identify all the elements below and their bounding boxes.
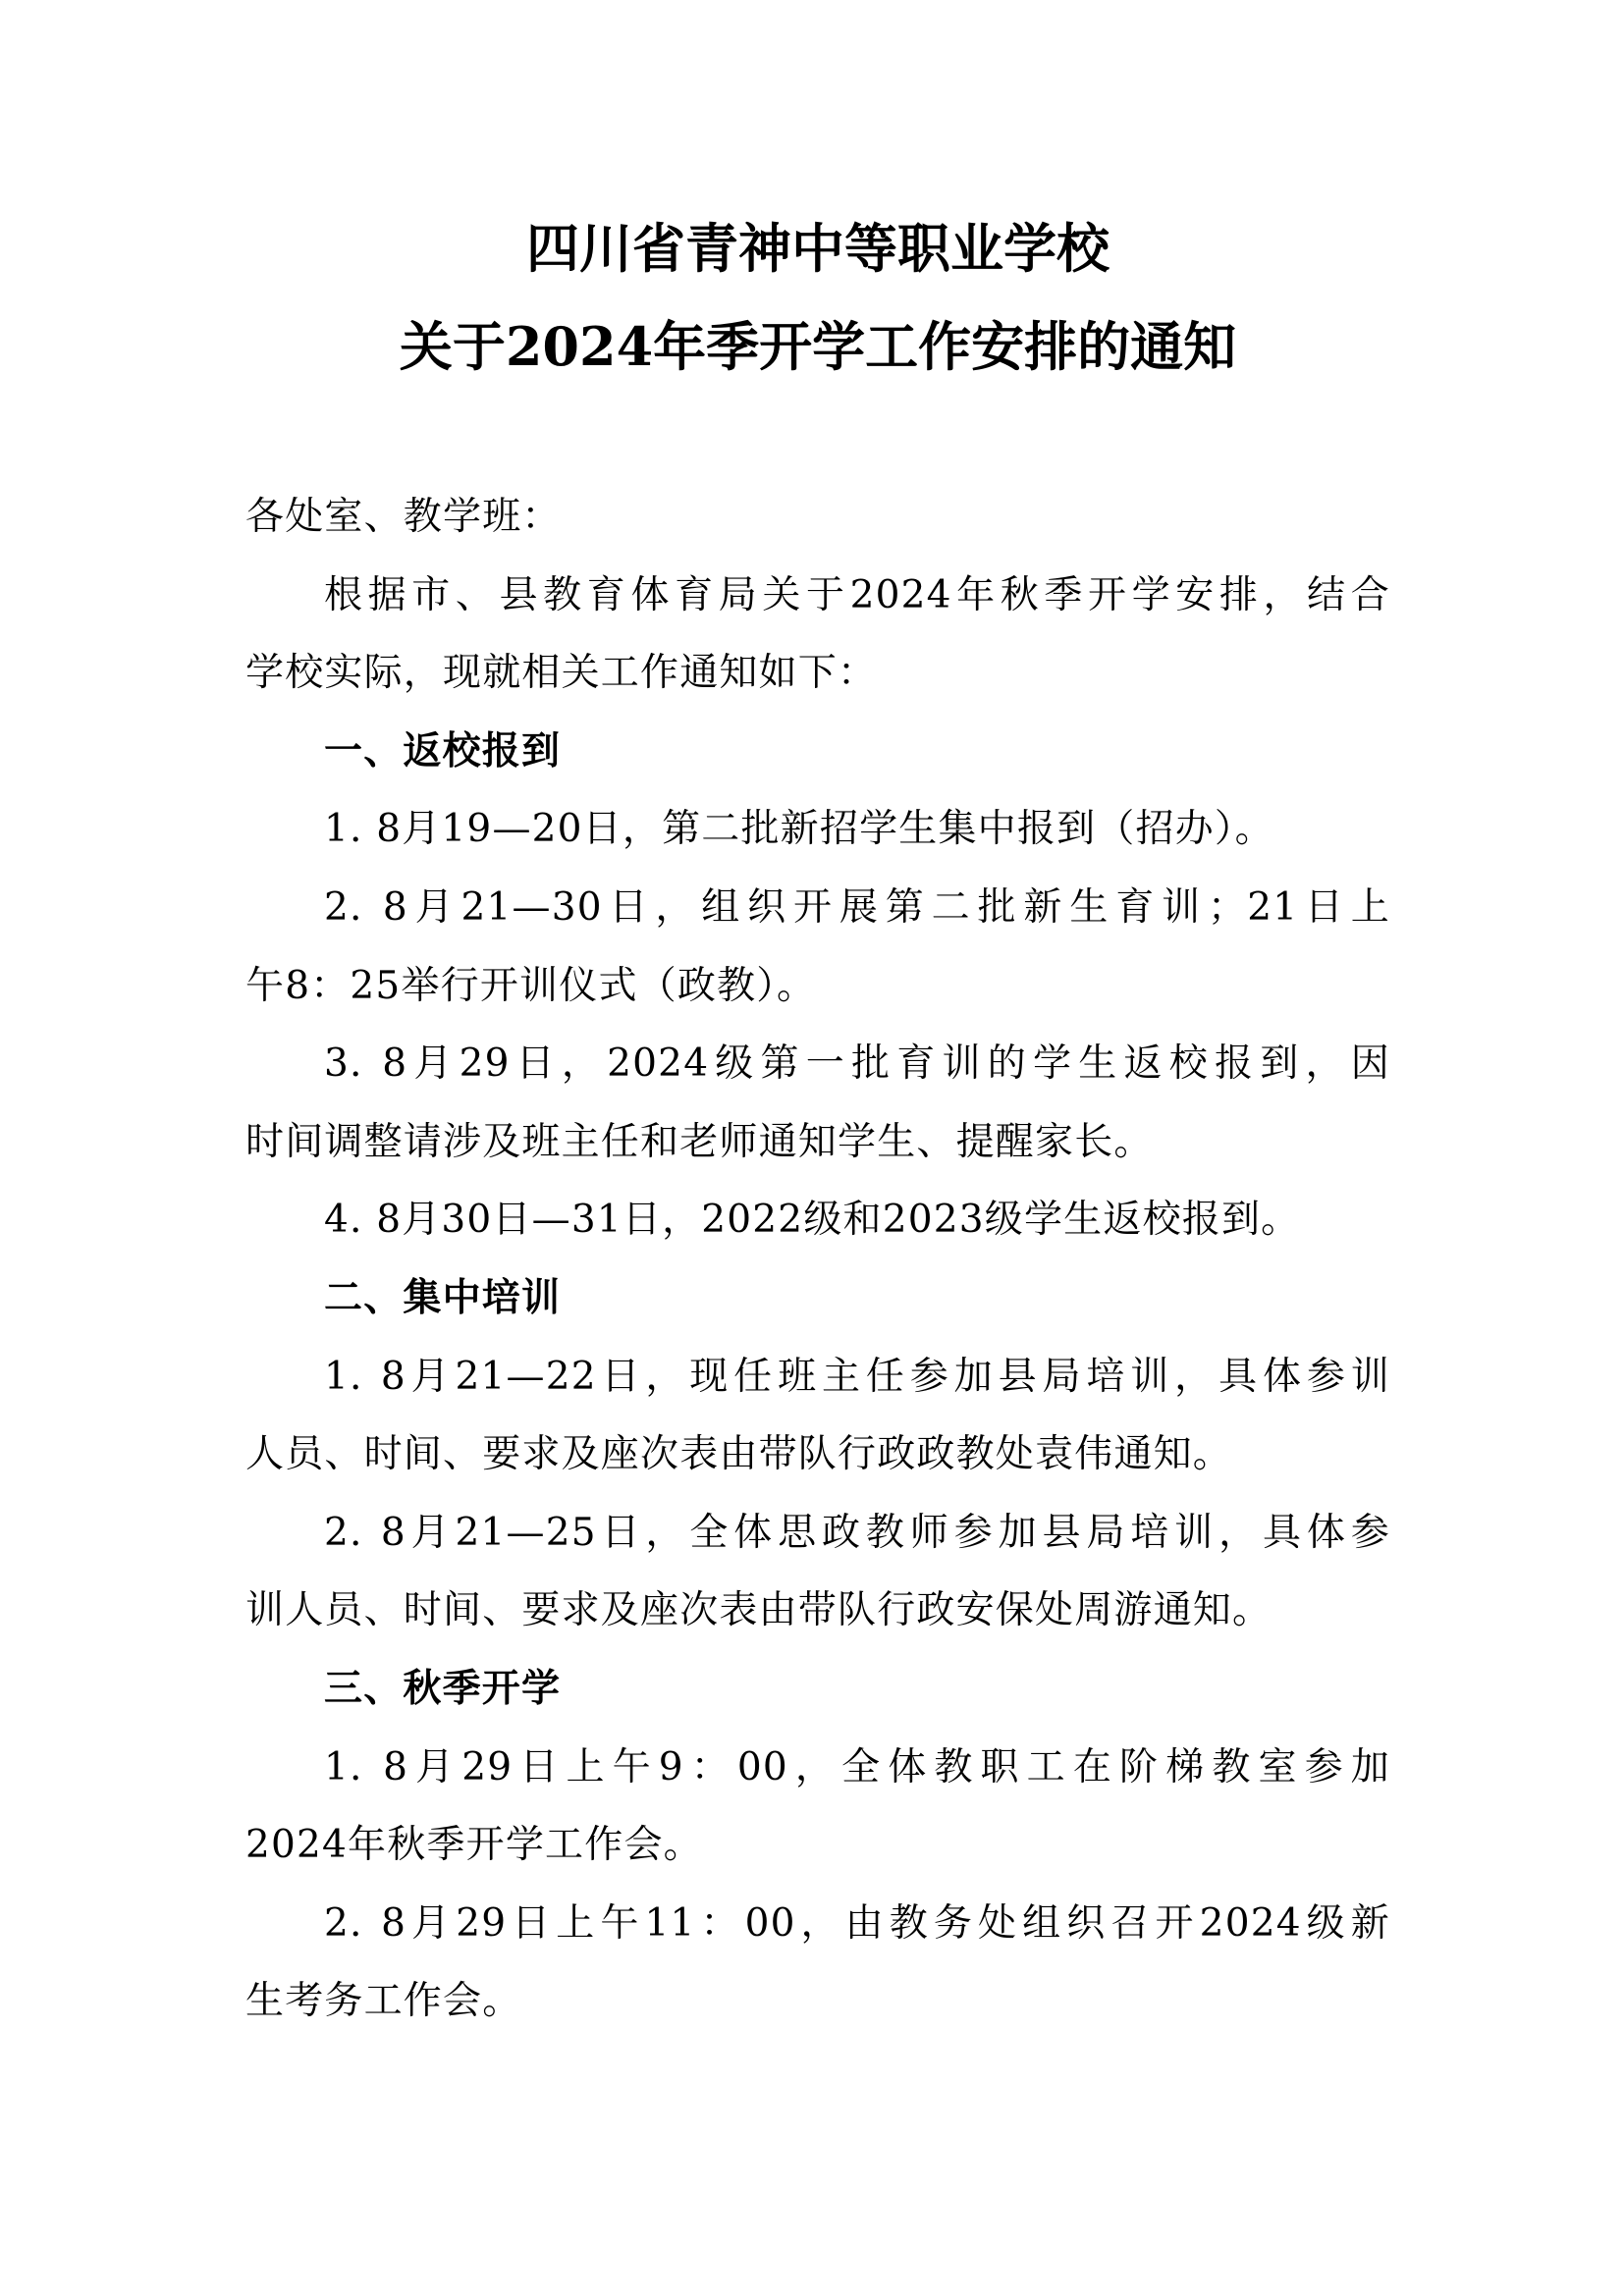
section-heading-1: 一、返校报到	[245, 713, 1390, 791]
document-body: 各处室、教学班： 根据市、县教育体育局关于2024年秋季开学安排，结合 学校实际…	[245, 478, 1390, 2041]
section-heading-3: 三、秋季开学	[245, 1650, 1390, 1729]
section1-item3-line1: 3. 8月29日，2024级第一批育训的学生返校报到，因	[245, 1025, 1390, 1103]
salutation: 各处室、教学班：	[245, 478, 1390, 557]
section3-item1-line2: 2024年秋季开学工作会。	[245, 1806, 1390, 1885]
section3-item2-line1: 2. 8月29日上午11：00，由教务处组织召开2024级新	[245, 1885, 1390, 1963]
section1-item4-line1: 4. 8月30日—31日，2022级和2023级学生返校报到。	[245, 1181, 1390, 1259]
section3-item2-line2: 生考务工作会。	[245, 1962, 1390, 2041]
section-heading-2: 二、集中培训	[245, 1259, 1390, 1338]
intro-line-2: 学校实际，现就相关工作通知如下：	[245, 634, 1390, 713]
section2-item2-line2: 训人员、时间、要求及座次表由带队行政安保处周游通知。	[245, 1572, 1390, 1650]
document-title-line2: 关于2024年季开学工作安排的通知	[245, 312, 1390, 381]
section1-item2-line2: 午8：25举行开训仪式（政教）。	[245, 947, 1390, 1026]
intro-line-1: 根据市、县教育体育局关于2024年秋季开学安排，结合	[245, 557, 1390, 635]
section2-item1-line1: 1. 8月21—22日，现任班主任参加县局培训，具体参训	[245, 1338, 1390, 1416]
section1-item3-line2: 时间调整请涉及班主任和老师通知学生、提醒家长。	[245, 1103, 1390, 1182]
section1-item1-line1: 1. 8月19—20日，第二批新招学生集中报到（招办）。	[245, 790, 1390, 869]
section3-item1-line1: 1. 8月29日上午9：00，全体教职工在阶梯教室参加	[245, 1729, 1390, 1807]
section1-item2-line1: 2. 8月21—30日，组织开展第二批新生育训；21日上	[245, 869, 1390, 947]
section2-item2-line1: 2. 8月21—25日，全体思政教师参加县局培训，具体参	[245, 1494, 1390, 1573]
section2-item1-line2: 人员、时间、要求及座次表由带队行政政教处袁伟通知。	[245, 1415, 1390, 1494]
document-title-line1: 四川省青神中等职业学校	[245, 214, 1390, 283]
